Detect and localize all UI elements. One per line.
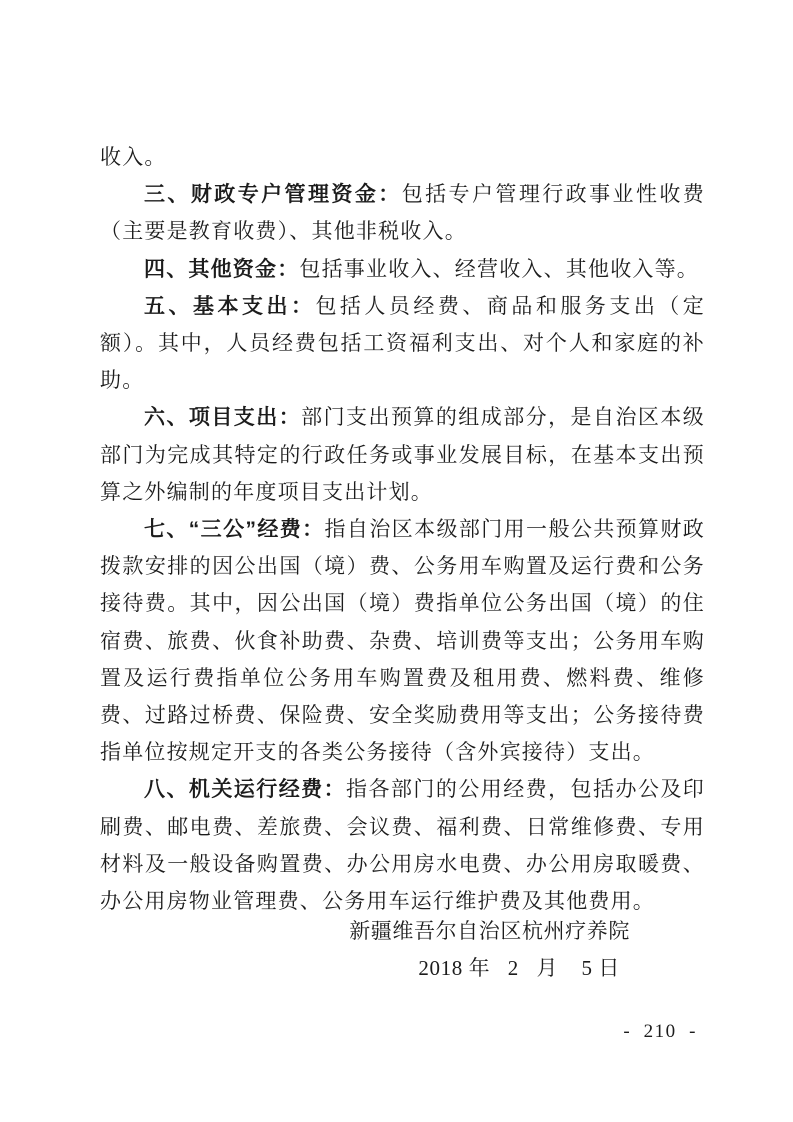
term-label: 六、项目支出： (144, 406, 301, 429)
document-body: 收入。 三、财政专户管理资金：包括专户管理行政事业性收费（主要是教育收费）、其他… (100, 139, 705, 920)
paragraph-text: 包括事业收入、经营收入、其他收入等。 (299, 257, 699, 281)
paragraph-term-7: 七、“三公”经费：指自治区本级部门用一般公共预算财政拨款安排的因公出国（境）费、… (100, 511, 705, 771)
paragraph-term-8: 八、机关运行经费：指各部门的公用经费，包括办公及印刷费、邮电费、差旅费、会议费、… (100, 771, 705, 920)
paragraph-term-5: 五、基本支出：包括人员经费、商品和服务支出（定额）。其中，人员经费包括工资福利支… (100, 288, 705, 400)
term-label: 八、机关运行经费： (144, 778, 346, 801)
term-label: 五、基本支出： (144, 295, 315, 318)
term-label: 四、其他资金： (144, 258, 299, 281)
signature-date: 2018 年 2 月 5 日 (418, 953, 620, 983)
paragraph-term-4: 四、其他资金：包括事业收入、经营收入、其他收入等。 (100, 251, 705, 288)
paragraph-continuation: 收入。 (100, 139, 705, 176)
paragraph-term-6: 六、项目支出：部门支出预算的组成部分，是自治区本级部门为完成其特定的行政任务或事… (100, 399, 705, 511)
term-label: 三、财政专户管理资金： (144, 183, 402, 206)
document-page: 收入。 三、财政专户管理资金：包括专户管理行政事业性收费（主要是教育收费）、其他… (0, 0, 793, 1122)
signature-org: 新疆维吾尔自治区杭州疗养院 (349, 916, 630, 946)
paragraph-text: 收入。 (100, 145, 167, 169)
paragraph-text: 指自治区本级部门用一般公共预算财政拨款安排的因公出国（境）费、公务用车购置及运行… (100, 517, 705, 764)
page-number: - 210 - (623, 1021, 697, 1043)
paragraph-term-3: 三、财政专户管理资金：包括专户管理行政事业性收费（主要是教育收费）、其他非税收入… (100, 176, 705, 250)
term-label: 七、“三公”经费： (144, 518, 325, 541)
